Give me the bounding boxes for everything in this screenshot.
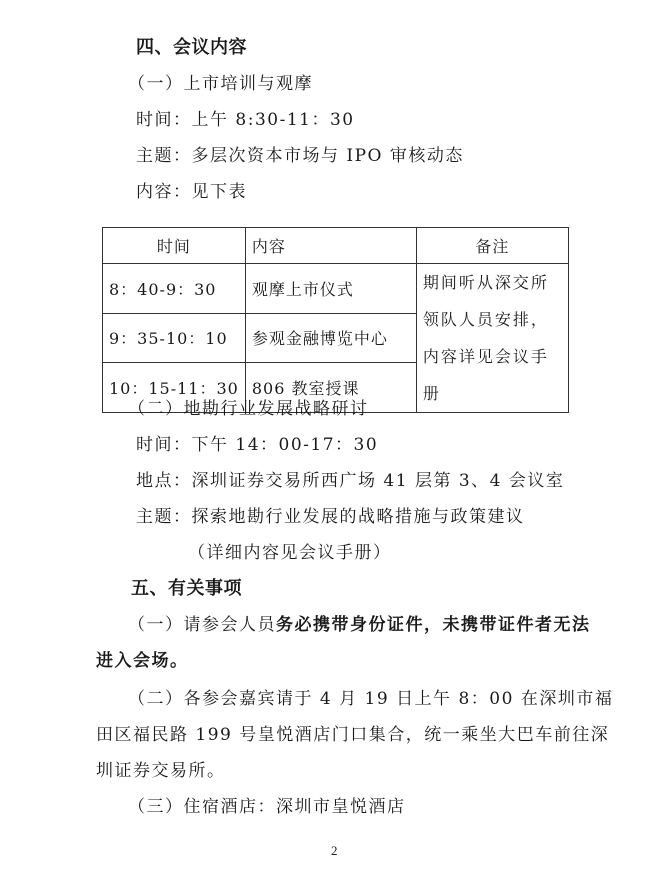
table-header-content: 内容	[245, 228, 416, 264]
table-cell-content: 参观金融博览中心	[245, 313, 416, 363]
table-cell-time: 9：35-10：10	[103, 313, 246, 363]
table-header-row: 时间 内容 备注	[103, 228, 569, 264]
item-2-line-1: （二）各参会嘉宾请于 4 月 19 日上午 8：00 在深圳市福	[128, 688, 613, 710]
item-3: （三）住宿酒店：深圳市皇悦酒店	[128, 796, 406, 818]
part-2-theme: 主题：探索地勘行业发展的战略措施与政策建议	[136, 506, 525, 528]
table-cell-note: 期间听从深交所领队人员安排，内容详见会议手册	[416, 264, 568, 413]
schedule-table: 时间 内容 备注 8：40-9：30 观摩上市仪式 期间听从深交所领队人员安排，…	[102, 227, 569, 413]
item-1-emphasis: 务必携带身份证件，未携带证件者无法	[276, 615, 591, 635]
page-number: 2	[331, 843, 338, 859]
table-header-note: 备注	[416, 228, 568, 264]
section-4-heading: 四、会议内容	[136, 37, 247, 59]
part-1-theme: 主题：多层次资本市场与 IPO 审核动态	[136, 145, 464, 167]
part-2-location: 地点：深圳证券交易所西广场 41 层第 3、4 会议室	[136, 470, 564, 492]
item-1-prefix: （一）请参会人员	[128, 615, 276, 635]
table-row: 8：40-9：30 观摩上市仪式 期间听从深交所领队人员安排，内容详见会议手册	[103, 264, 569, 314]
part-2-title: （二）地勘行业发展战略研讨	[128, 398, 369, 420]
part-1-time: 时间：上午 8:30-11：30	[136, 109, 355, 131]
part-1-content: 内容：见下表	[136, 181, 247, 203]
item-1-line-1: （一）请参会人员务必携带身份证件，未携带证件者无法	[128, 614, 591, 636]
table-header-time: 时间	[103, 228, 246, 264]
item-1-line-2: 进入会场。	[96, 650, 189, 672]
item-2-line-2: 田区福民路 199 号皇悦酒店门口集合，统一乘坐大巴车前往深	[96, 724, 609, 746]
item-2-line-3: 圳证券交易所。	[96, 760, 226, 782]
table-cell-time: 8：40-9：30	[103, 264, 246, 314]
part-2-detail: （详细内容见会议手册）	[188, 542, 392, 564]
section-5-heading: 五、有关事项	[131, 578, 242, 600]
table-cell-content: 观摩上市仪式	[245, 264, 416, 314]
part-2-time: 时间：下午 14：00-17：30	[136, 434, 378, 456]
part-1-title: （一）上市培训与观摩	[128, 73, 313, 95]
